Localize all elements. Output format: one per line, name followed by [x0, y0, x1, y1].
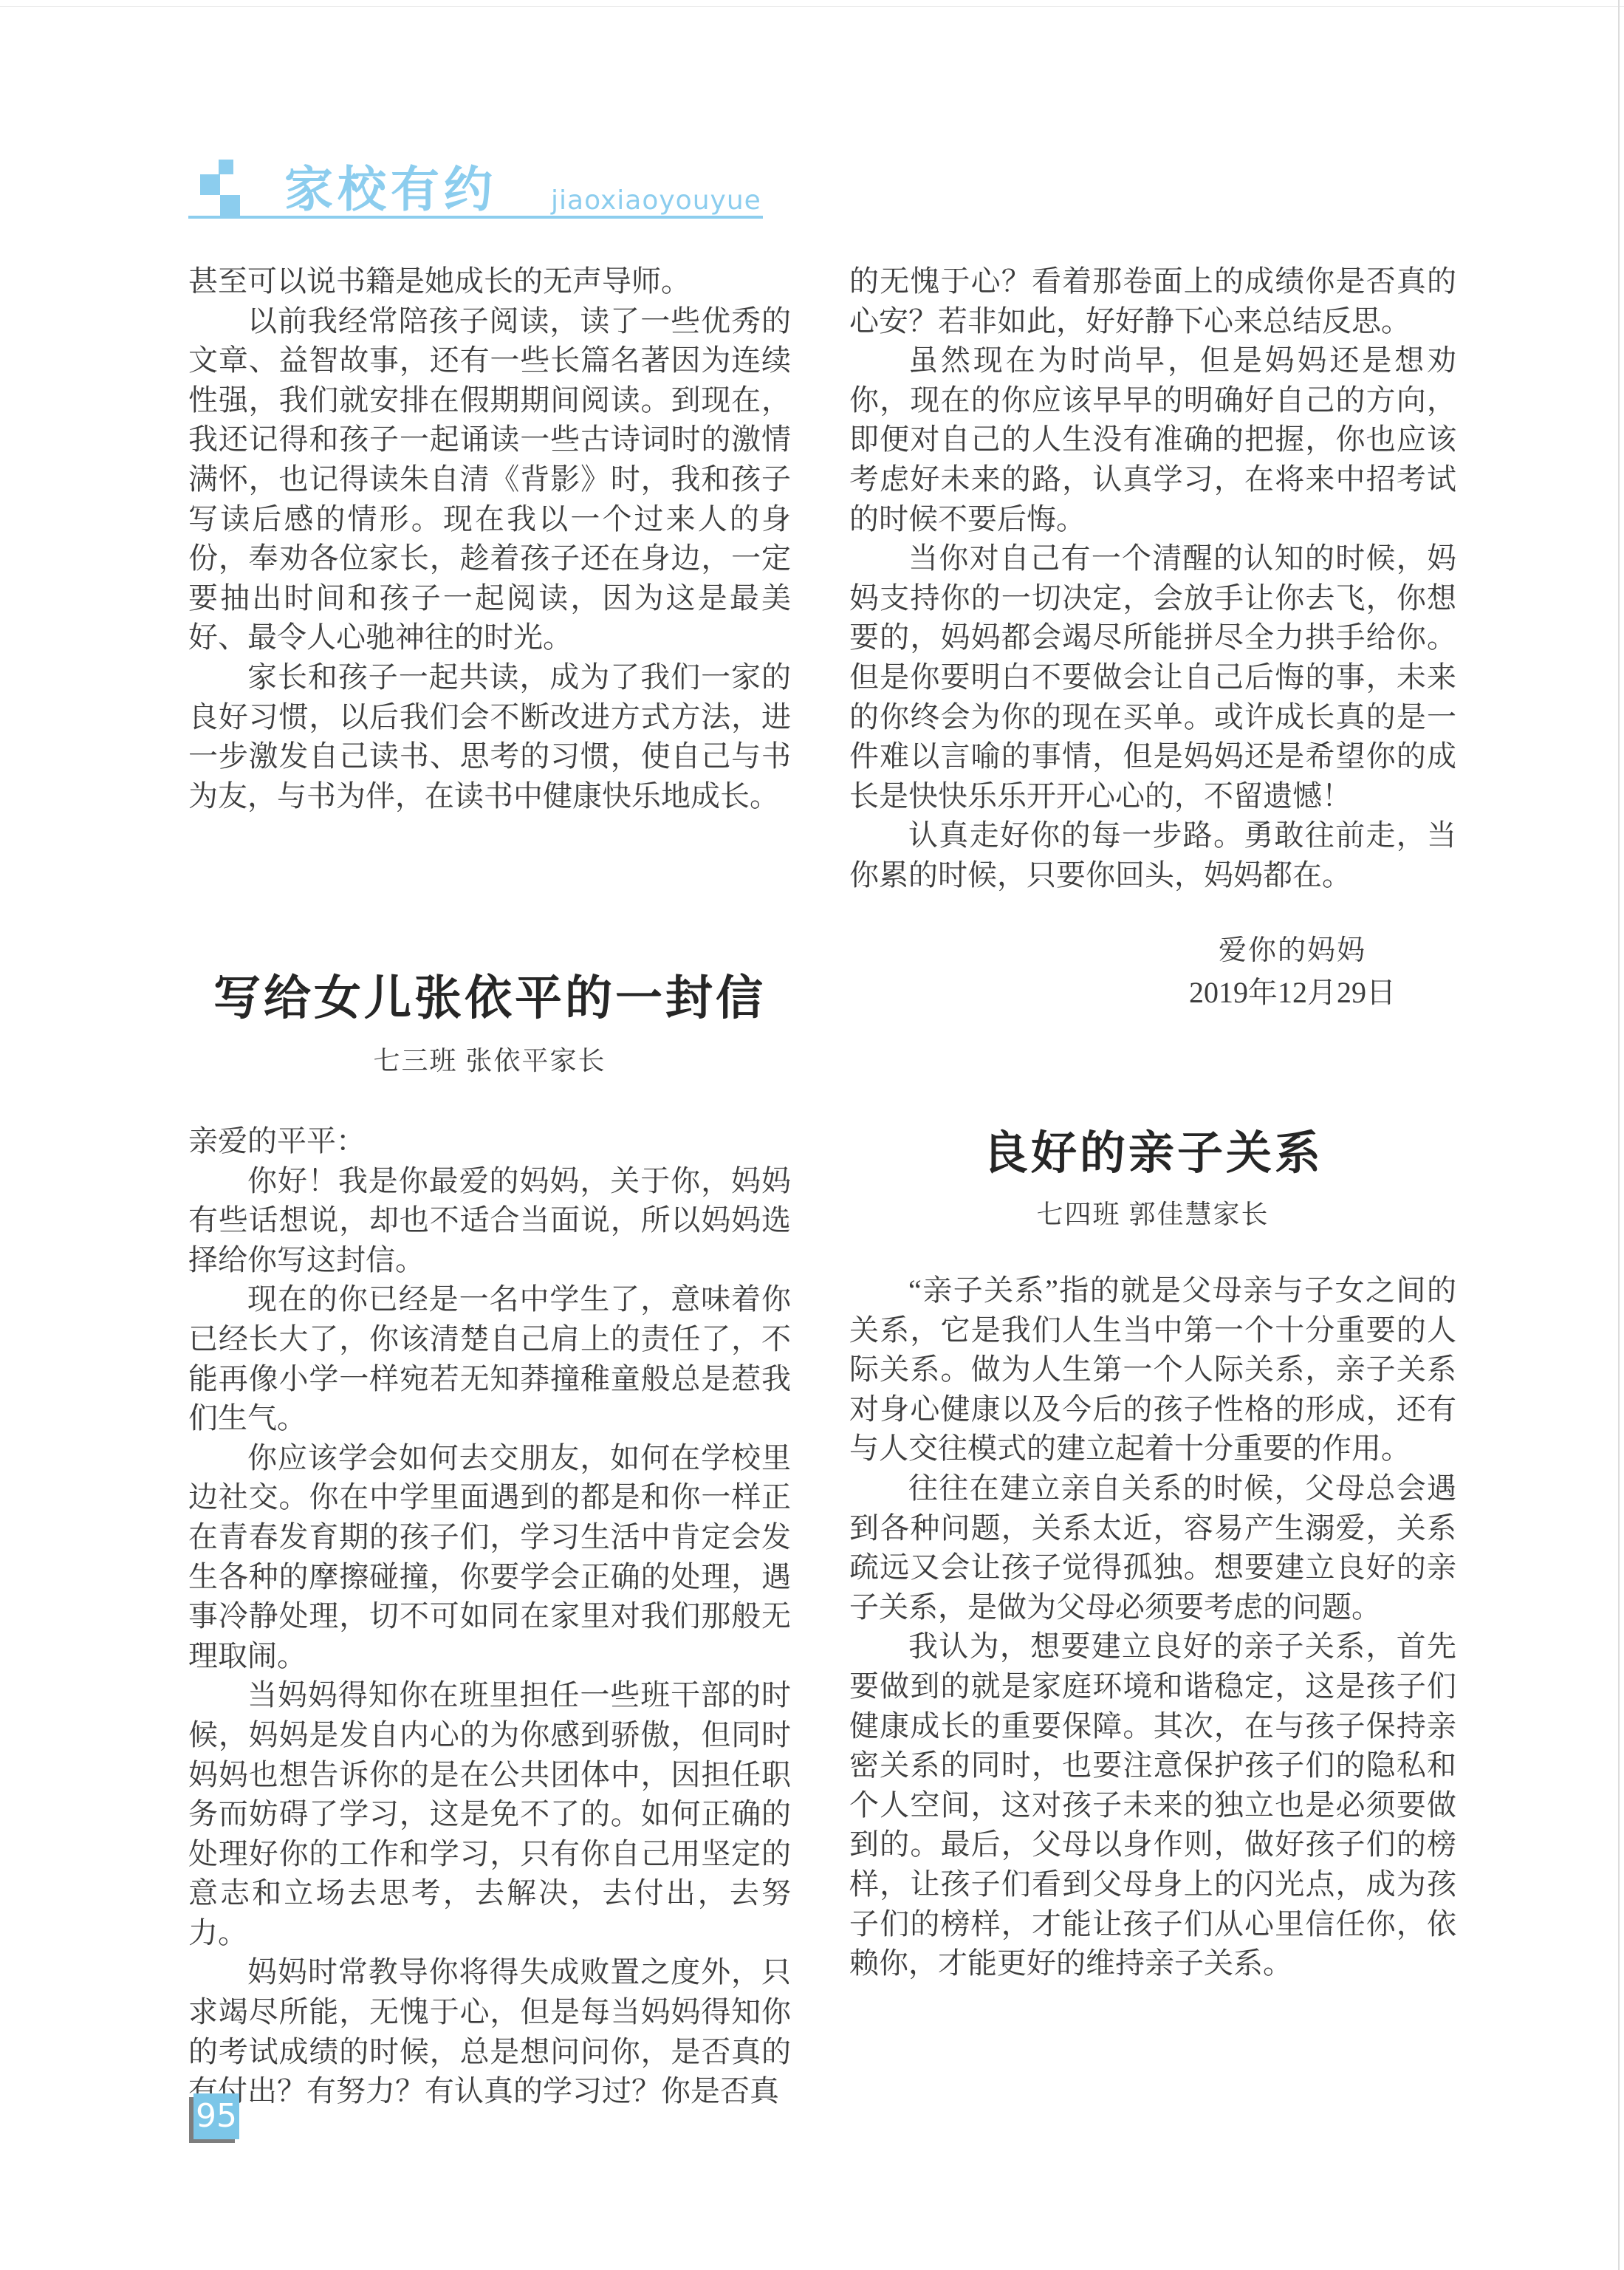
article2-title: 良好的亲子关系: [849, 1126, 1456, 1182]
letter-body-left: 亲爱的平平： 你好！我是你最爱的妈妈，关于你，妈妈有些话想说，却也不适合当面说，…: [188, 1121, 791, 2111]
checker-square-icon: [200, 174, 220, 195]
header-underline: [188, 216, 763, 219]
article2-byline: 七四班 郭佳慧家长: [849, 1198, 1456, 1231]
letter-byline: 七三班 张依平家长: [188, 1045, 791, 1077]
signature-name: 爱你的妈妈: [1152, 932, 1433, 969]
letter-paragraph: 的无愧于心？看着那卷面上的成绩你是否真的心安？若非如此，好好静下心来总结反思。: [849, 261, 1456, 341]
article-paragraph: 往往在建立亲自关系的时候，父母总会遇到各种问题，关系太近，容易产生溺爱，关系疏远…: [849, 1469, 1456, 1627]
letter-paragraph: 当妈妈得知你在班里担任一些班干部的时候，妈妈是发自内心的为你感到骄傲，但同时妈妈…: [188, 1675, 791, 1952]
letter-salutation: 亲爱的平平：: [188, 1121, 791, 1161]
letter-article-heading: 写给女儿张依平的一封信 七三班 张依平家长: [188, 969, 791, 1077]
page-number-badge: 95: [193, 2093, 239, 2139]
letter-body-right: 的无愧于心？看着那卷面上的成绩你是否真的心安？若非如此，好好静下心来总结反思。 …: [849, 261, 1456, 895]
checker-square-icon: [219, 160, 233, 174]
letter-paragraph: 妈妈时常教导你将得失成败置之度外，只求竭尽所能，无愧于心，但是每当妈妈得知你的考…: [188, 1952, 791, 2110]
magazine-page: 家校有约 jiaoxiaoyouyue 甚至可以说书籍是她成长的无声导师。 以前…: [0, 0, 1624, 2270]
letter-paragraph: 你好！我是你最爱的妈妈，关于你，妈妈有些话想说，却也不适合当面说，所以妈妈选择给…: [188, 1161, 791, 1280]
scan-edge-top: [0, 6, 1624, 7]
article-paragraph: “亲子关系”指的就是父母亲与子女之间的关系，它是我们人生当中第一个十分重要的人际…: [849, 1271, 1456, 1469]
signature-date: 2019年12月29日: [1152, 974, 1433, 1012]
article2-body: “亲子关系”指的就是父母亲与子女之间的关系，它是我们人生当中第一个十分重要的人际…: [849, 1271, 1456, 1983]
article-paragraph: 以前我经常陪孩子阅读，读了一些优秀的文章、益智故事，还有一些长篇名著因为连续性强…: [188, 301, 791, 657]
section-title: 家校有约: [284, 164, 497, 216]
letter-title: 写给女儿张依平的一封信: [188, 969, 791, 1028]
letter-paragraph: 当你对自己有一个清醒的认知的时候，妈妈支持你的一切决定，会放手让你去飞，你想要的…: [849, 539, 1456, 816]
letter-paragraph: 现在的你已经是一名中学生了，意味着你已经长大了，你该清楚自己肩上的责任了，不能再…: [188, 1279, 791, 1437]
section-pinyin: jiaoxiaoyouyue: [551, 186, 761, 216]
checker-square-icon: [220, 195, 240, 216]
article-paragraph: 我认为，想要建立良好的亲子关系，首先要做到的就是家庭环境和谐稳定，这是孩子们健康…: [849, 1627, 1456, 1983]
letter-signature-block: 爱你的妈妈 2019年12月29日: [1152, 932, 1433, 1012]
left-column-continuation: 甚至可以说书籍是她成长的无声导师。 以前我经常陪孩子阅读，读了一些优秀的文章、益…: [188, 261, 791, 816]
scan-edge-right: [1618, 0, 1620, 2270]
article2-heading: 良好的亲子关系 七四班 郭佳慧家长: [849, 1126, 1456, 1231]
letter-paragraph: 虽然现在为时尚早，但是妈妈还是想劝你，现在的你应该早早的明确好自己的方向，即便对…: [849, 341, 1456, 539]
article-paragraph: 甚至可以说书籍是她成长的无声导师。: [188, 261, 791, 301]
page-number: 95: [196, 2097, 237, 2135]
letter-paragraph: 你应该学会如何去交朋友，如何在学校里边社交。你在中学里面遇到的都是和你一样正在青…: [188, 1438, 791, 1676]
article-paragraph: 家长和孩子一起共读，成为了我们一家的良好习惯，以后我们会不断改进方式方法，进一步…: [188, 657, 791, 816]
letter-paragraph: 认真走好你的每一步路。勇敢往前走，当你累的时候，只要你回头，妈妈都在。: [849, 816, 1456, 895]
